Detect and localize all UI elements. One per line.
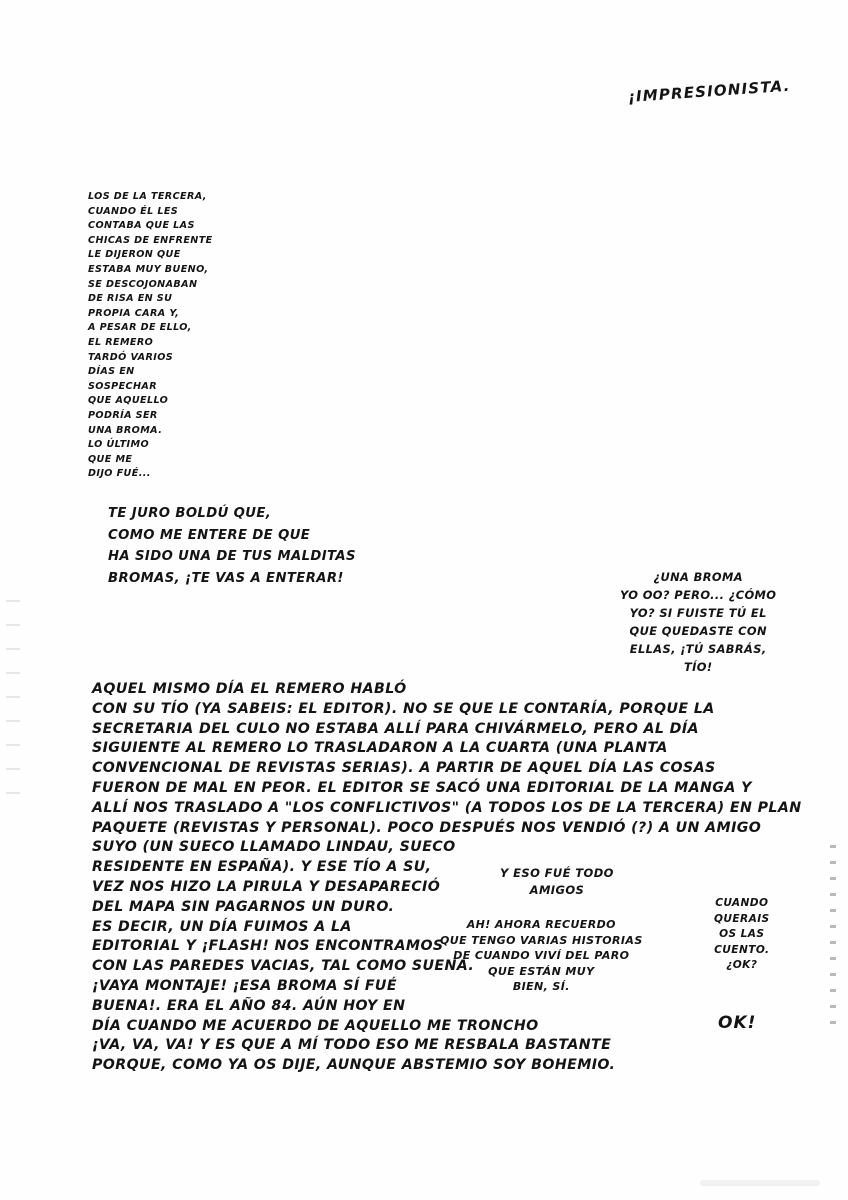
text-line: AMIGOS [500, 882, 614, 899]
text-line: TÍO! [620, 658, 776, 676]
page-title: ¡IMPRESIONISTA. [627, 77, 791, 106]
text-line: DÍAS EN [88, 365, 213, 380]
speech-remember: AH! AHORA RECUERDOQUE TENGO VARIAS HISTO… [440, 917, 643, 995]
text-line: YO? SI FUISTE TÚ EL [620, 604, 776, 622]
text-line: LOS DE LA TERCERA, [88, 190, 213, 205]
text-line: ALLÍ NOS TRASLADO A "LOS CONFLICTIVOS" (… [92, 799, 801, 819]
text-line: QUE ESTÁN MUY [440, 964, 643, 980]
text-line: YO OO? PERO... ¿CÓMO [620, 586, 776, 604]
comic-page: ¡IMPRESIONISTA. LOS DE LA TERCERA,CUANDO… [0, 0, 848, 1200]
text-line: QUE AQUELLO [88, 394, 213, 409]
text-line: QUE TENGO VARIAS HISTORIAS [440, 933, 643, 949]
text-line: SOSPECHAR [88, 380, 213, 395]
text-line: DE RISA EN SU [88, 292, 213, 307]
speech-when-you-want: CUANDOQUERAISOS LASCUENTO.¿OK? [714, 896, 770, 974]
text-line: RESIDENTE EN ESPAÑA). Y ESE TÍO A SU, [92, 858, 801, 878]
text-line: PODRÍA SER [88, 409, 213, 424]
text-line: CONVENCIONAL DE REVISTAS SERIAS). A PART… [92, 759, 801, 779]
text-line: BIEN, SÍ. [440, 979, 643, 995]
text-line: CHICAS DE ENFRENTE [88, 234, 213, 249]
speech-ok: OK! [718, 1013, 756, 1033]
text-line: ¿UNA BROMA [620, 568, 776, 586]
speech-that-was-all: Y ESO FUÉ TODOAMIGOS [500, 865, 614, 899]
text-line: DÍA CUANDO ME ACUERDO DE AQUELLO ME TRON… [92, 1017, 801, 1037]
text-line: PROPIA CARA Y, [88, 307, 213, 322]
text-line: PORQUE, COMO YA OS DIJE, AUNQUE ABSTEMIO… [92, 1056, 801, 1076]
text-line: CON SU TÍO (YA SABEIS: EL EDITOR). NO SE… [92, 700, 801, 720]
text-line: CUANDO ÉL LES [88, 205, 213, 220]
text-line: COMO ME ENTERE DE QUE [108, 525, 356, 547]
text-line: SUYO (UN SUECO LLAMADO LINDAU, SUECO [92, 838, 801, 858]
text-line: LO ÚLTIMO [88, 438, 213, 453]
narration-left: LOS DE LA TERCERA,CUANDO ÉL LESCONTABA Q… [88, 190, 213, 482]
text-line: AH! AHORA RECUERDO [440, 917, 643, 933]
text-line: FUERON DE MAL EN PEOR. EL EDITOR SE SACÓ… [92, 779, 801, 799]
text-line: ¡VA, VA, VA! Y ES QUE A MÍ TODO ESO ME R… [92, 1036, 801, 1056]
text-line: ELLAS, ¡TÚ SABRÁS, [620, 640, 776, 658]
text-line: CUANDO [714, 896, 770, 912]
text-line: TARDÓ VARIOS [88, 351, 213, 366]
speech-reply: ¿UNA BROMAYO OO? PERO... ¿CÓMOYO? SI FUI… [620, 568, 776, 676]
text-line: OS LAS [714, 927, 770, 943]
text-line: DIJO FUÉ... [88, 467, 213, 482]
text-line: SE DESCOJONABAN [88, 278, 213, 293]
text-line: QUE ME [88, 453, 213, 468]
text-line: ¿OK? [714, 958, 770, 974]
scan-margin-marks-right [830, 845, 836, 1025]
text-line: BROMAS, ¡TE VAS A ENTERAR! [108, 568, 356, 590]
text-line: HA SIDO UNA DE TUS MALDITAS [108, 546, 356, 568]
main-narration: AQUEL MISMO DÍA EL REMERO HABLÓCON SU TÍ… [92, 680, 801, 1076]
text-line: AQUEL MISMO DÍA EL REMERO HABLÓ [92, 680, 801, 700]
speech-threat: TE JURO BOLDÚ QUE,COMO ME ENTERE DE QUEH… [108, 503, 356, 589]
text-line: QUE QUEDASTE CON [620, 622, 776, 640]
text-line: CONTABA QUE LAS [88, 219, 213, 234]
text-line: DEL MAPA SIN PAGARNOS UN DURO. [92, 898, 801, 918]
text-line: TE JURO BOLDÚ QUE, [108, 503, 356, 525]
text-line: ESTABA MUY BUENO, [88, 263, 213, 278]
text-line: CUENTO. [714, 943, 770, 959]
text-line: SIGUIENTE AL REMERO LO TRASLADARON A LA … [92, 739, 801, 759]
text-line: SECRETARIA DEL CULO NO ESTABA ALLÍ PARA … [92, 720, 801, 740]
scan-margin-marks-left [6, 600, 20, 800]
text-line: BUENA!. ERA EL AÑO 84. AÚN HOY EN [92, 997, 801, 1017]
scan-smudge [700, 1180, 820, 1186]
text-line: DE CUANDO VIVÍ DEL PARO [440, 948, 643, 964]
text-line: EL REMERO [88, 336, 213, 351]
text-line: LE DIJERON QUE [88, 248, 213, 263]
text-line: UNA BROMA. [88, 424, 213, 439]
text-line: QUERAIS [714, 912, 770, 928]
text-line: VEZ NOS HIZO LA PIRULA Y DESAPARECIÓ [92, 878, 801, 898]
text-line: A PESAR DE ELLO, [88, 321, 213, 336]
text-line: PAQUETE (REVISTAS Y PERSONAL). POCO DESP… [92, 819, 801, 839]
text-line: Y ESO FUÉ TODO [500, 865, 614, 882]
